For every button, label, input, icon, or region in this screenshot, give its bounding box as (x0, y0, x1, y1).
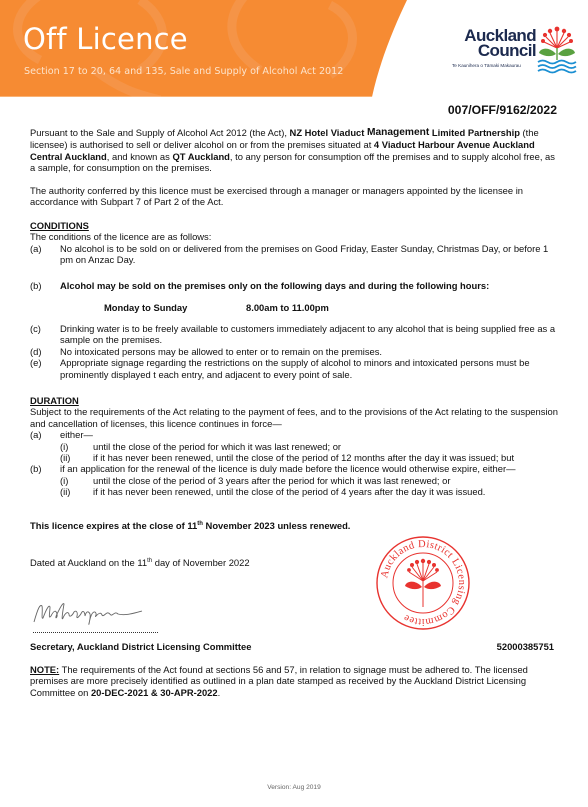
condition-item: (d) No intoxicated persons may be allowe… (30, 346, 560, 357)
version-footer: Version: Aug 2019 (0, 782, 588, 793)
dated-statement: Dated at Auckland on the 11th day of Nov… (30, 557, 560, 568)
condition-text: Appropriate signage regarding the restri… (60, 357, 530, 379)
duration-label: (i) (60, 441, 68, 452)
expiry-statement: This licence expires at the close of 11t… (30, 520, 560, 531)
duration-subitem: (ii) if it has never been renewed, until… (30, 452, 560, 463)
pohutukawa-logo-icon (537, 26, 577, 76)
condition-text: Drinking water is to be freely available… (60, 323, 555, 345)
licensee-name: NZ Hotel Viaduct (290, 127, 367, 138)
signatory-role: Secretary, Auckland District Licensing C… (30, 641, 251, 652)
condition-text: No alcohol is to be sold on or delivered… (60, 243, 548, 265)
intro-text: Pursuant to the Sale and Supply of Alcoh… (30, 127, 290, 138)
condition-text: No intoxicated persons may be allowed to… (60, 346, 382, 357)
duration-text: until the close of the period for which … (93, 441, 341, 452)
conditions-list: (c) Drinking water is to be freely avail… (30, 323, 560, 380)
duration-label: (a) (30, 429, 41, 440)
duration-text: until the close of the period of 3 years… (93, 475, 450, 486)
duration-text: if it has never been renewed, until the … (93, 452, 514, 463)
conditions-section: CONDITIONS The conditions of the licence… (30, 220, 560, 266)
duration-heading: DURATION (30, 395, 560, 406)
licence-number: 007/OFF/9162/2022 (448, 103, 557, 117)
auckland-council-logo: Auckland Council Te Kaunihera o Tāmaki M… (452, 26, 580, 78)
note-paragraph: NOTE: The requirements of the Act found … (30, 664, 560, 698)
committee-seal: Auckland District Licensing Committee (375, 535, 471, 631)
expiry-text: This licence expires at the close of 11 (30, 520, 197, 531)
duration-text: either— (60, 429, 93, 440)
conditions-lead: The conditions of the licence are as fol… (30, 231, 560, 242)
signature-line (33, 628, 158, 633)
licensee-name: Management (367, 127, 429, 138)
duration-label: (ii) (60, 452, 70, 463)
condition-item: (a) No alcohol is to be sold on or deliv… (30, 243, 560, 266)
page-title: Off Licence (23, 22, 188, 56)
intro-paragraph: Pursuant to the Sale and Supply of Alcoh… (30, 127, 560, 174)
plan-dates: 20-DEC-2021 & 30-APR-2022 (91, 687, 218, 698)
condition-label: (c) (30, 323, 41, 334)
duration-subitem: (i) until the close of the period for wh… (30, 441, 560, 452)
condition-text: Alcohol may be sold on the premises only… (60, 280, 489, 291)
note-label: NOTE: (30, 664, 59, 675)
page-subtitle: Section 17 to 20, 64 and 135, Sale and S… (24, 66, 343, 78)
condition-label: (a) (30, 243, 41, 254)
duration-text: if it has never been renewed, until the … (93, 486, 485, 497)
authority-paragraph: The authority conferred by this licence … (30, 185, 560, 208)
intro-text: , and known as (107, 151, 173, 162)
duration-subitem: (i) until the close of the period of 3 y… (30, 475, 560, 486)
reference-number: 52000385751 (497, 641, 554, 652)
duration-label: (b) (30, 463, 41, 474)
duration-item: (b) if an application for the renewal of… (30, 463, 560, 474)
duration-subitem: (ii) if it has never been renewed, until… (30, 486, 560, 497)
duration-section: DURATION Subject to the requirements of … (30, 395, 560, 498)
condition-item: (b) Alcohol may be sold on the premises … (30, 280, 560, 291)
signature (30, 598, 150, 628)
premises-name: QT Auckland (172, 151, 229, 162)
conditions-heading: CONDITIONS (30, 220, 560, 231)
duration-lead: Subject to the requirements of the Act r… (30, 406, 560, 429)
condition-item: (e) Appropriate signage regarding the re… (30, 357, 560, 380)
note-end: . (218, 687, 221, 698)
trading-times: 8.00am to 11.00pm (246, 302, 329, 313)
condition-item: (c) Drinking water is to be freely avail… (30, 323, 560, 346)
condition-label: (e) (30, 357, 41, 368)
duration-item: (a) either— (30, 429, 560, 440)
logo-tagline: Te Kaunihera o Tāmaki Makaurau (452, 63, 521, 69)
duration-label: (i) (60, 475, 68, 486)
logo-word-council: Council (478, 42, 536, 59)
dated-text: day of November 2022 (152, 557, 249, 568)
dated-text: Dated at Auckland on the 11 (30, 557, 147, 568)
duration-text: if an application for the renewal of the… (60, 463, 515, 474)
trading-hours: Monday to Sunday 8.00am to 11.00pm (104, 302, 187, 313)
condition-label: (b) (30, 280, 41, 291)
expiry-text: November 2023 unless renewed. (203, 520, 350, 531)
condition-label: (d) (30, 346, 41, 357)
duration-label: (ii) (60, 486, 70, 497)
trading-days: Monday to Sunday (104, 302, 187, 313)
licensee-name: Limited Partnership (429, 127, 520, 138)
